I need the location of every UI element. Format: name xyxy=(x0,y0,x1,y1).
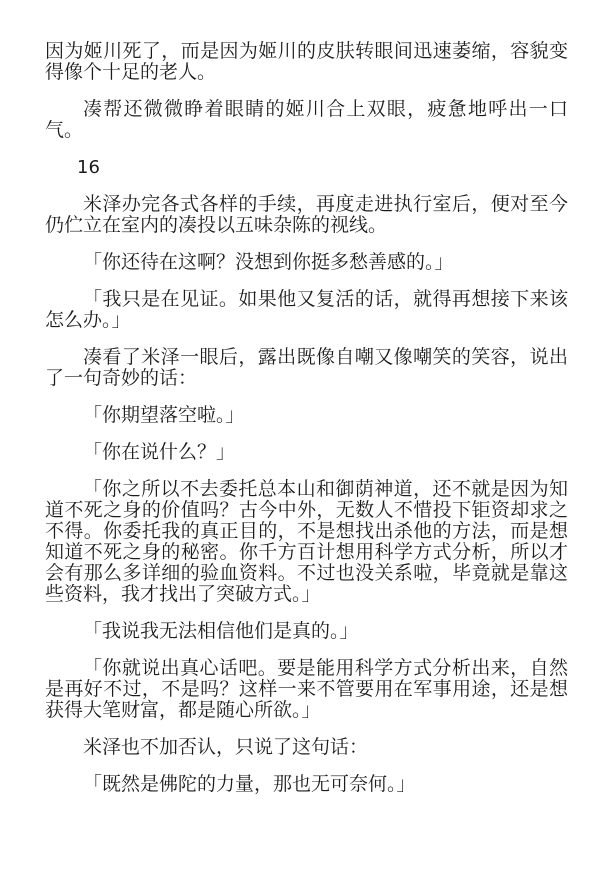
dialogue-paragraph: 「你期望落空啦。」 xyxy=(45,405,568,426)
book-page: 因为姬川死了，而是因为姬川的皮肤转眼间迅速萎缩，容貌变得像个十足的老人。 凑帮还… xyxy=(0,0,613,869)
dialogue-paragraph: 「我说我无法相信他们是真的。」 xyxy=(45,621,568,642)
section-number: 16 xyxy=(45,157,568,178)
paragraph: 凑看了米泽一眼后，露出既像自嘲又像嘲笑的笑容，说出了一句奇妙的话： xyxy=(45,347,568,389)
dialogue-paragraph: 「你之所以不去委托总本山和御荫神道，还不就是因为知道不死之身的价值吗？古今中外，… xyxy=(45,479,568,605)
dialogue-paragraph: 「我只是在见证。如果他又复活的话，就得再想接下来该怎么办。」 xyxy=(45,289,568,331)
paragraph: 因为姬川死了，而是因为姬川的皮肤转眼间迅速萎缩，容貌变得像个十足的老人。 xyxy=(45,41,568,83)
dialogue-paragraph: 「你就说出真心话吧。要是能用科学方式分析出来，自然是再好不过，不是吗？这样一来不… xyxy=(45,658,568,721)
dialogue-paragraph: 「你在说什么？」 xyxy=(45,442,568,463)
paragraph: 凑帮还微微睁着眼睛的姬川合上双眼，疲惫地呼出一口气。 xyxy=(45,99,568,141)
paragraph: 米泽也不加否认，只说了这句话： xyxy=(45,737,568,758)
dialogue-paragraph: 「你还待在这啊？没想到你挺多愁善感的。」 xyxy=(45,252,568,273)
dialogue-paragraph: 「既然是佛陀的力量，那也无可奈何。」 xyxy=(45,774,568,795)
paragraph: 米泽办完各式各样的手续，再度走进执行室后，便对至今仍伫立在室内的凑投以五味杂陈的… xyxy=(45,194,568,236)
